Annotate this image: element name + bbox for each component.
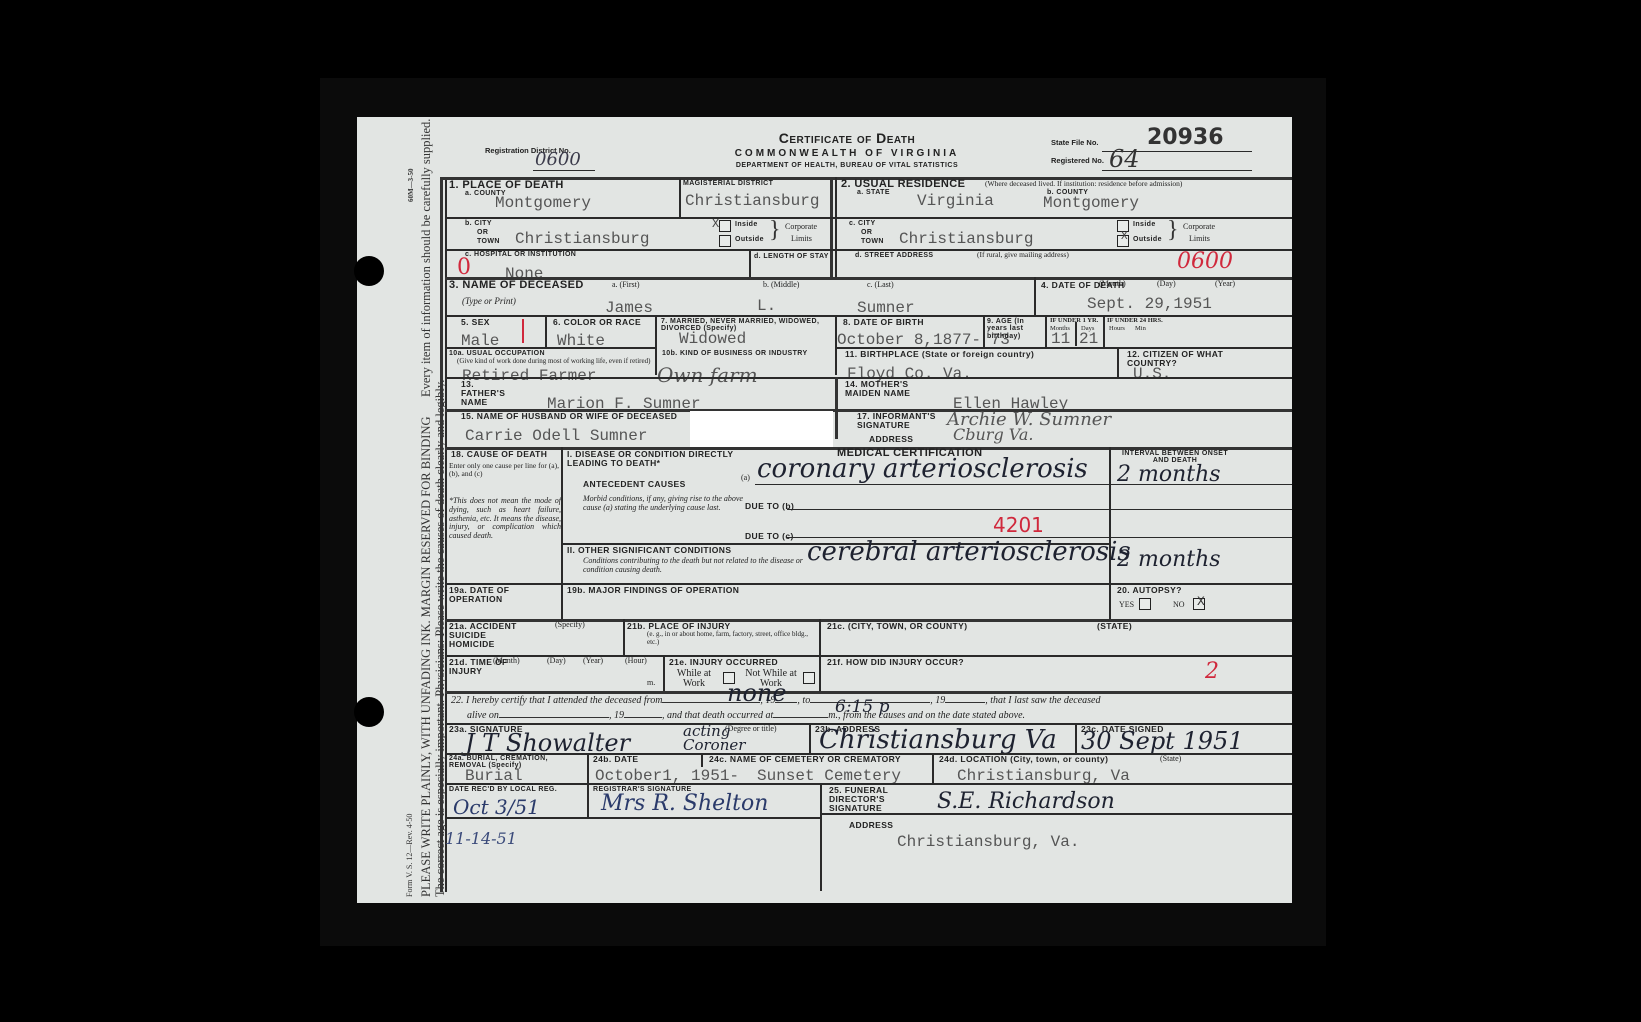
residence-state[interactable]: Virginia [917, 192, 994, 210]
city-label: TOWN [477, 238, 500, 245]
city-label: OR [477, 229, 488, 236]
funeral-director-signature[interactable]: S.E. Richardson [937, 789, 1115, 814]
day-label: (Day) [1157, 280, 1176, 289]
injury-mark: 2 [1205, 659, 1219, 684]
other-conditions-note: Conditions contributing to the death but… [583, 557, 803, 575]
department: Department of Health, Bureau of Vital St… [697, 162, 997, 169]
race-label: 6. COLOR OR RACE [553, 318, 641, 327]
how-injury-label: 21f. HOW DID INJURY OCCUR? [827, 658, 964, 667]
street-note: (If rural, give mailing address) [977, 251, 1069, 259]
rec-date[interactable]: Oct 3/51 [453, 795, 540, 819]
place-of-injury-note: (e. g., in or about home, farm, factory,… [647, 631, 817, 646]
autopsy-yes-checkbox[interactable] [1139, 598, 1151, 610]
autopsy-no-label: NO [1173, 601, 1185, 610]
spouse-label: 15. NAME OF HUSBAND OR WIFE OF DECEASED [461, 412, 677, 421]
res-city-label: OR [861, 229, 872, 236]
occupation-note: (Give kind of work done during most of w… [457, 358, 652, 366]
brace: } [769, 217, 781, 244]
age-label: 9. AGE (In years last birthday) [987, 318, 1045, 340]
cause-a[interactable]: coronary arteriosclerosis [757, 454, 1088, 484]
under-24-label: IF UNDER 24 HRS. [1107, 317, 1163, 324]
m-label: m. [647, 679, 655, 688]
form-id: Form V. S. 12—Rev. 4-50 [405, 814, 414, 897]
registrar-signature[interactable]: Mrs R. Shelton [601, 791, 768, 816]
interval-other[interactable]: 2 months [1117, 547, 1221, 572]
death-certificate: Form V. S. 12—Rev. 4-50 60M—3-50 PLEASE … [357, 117, 1292, 903]
limits-label: Limits [791, 235, 812, 244]
antecedent-label: ANTECEDENT CAUSES [583, 480, 686, 489]
hours-label: Hours [1109, 325, 1125, 332]
street-label: d. STREET ADDRESS [855, 252, 934, 259]
age-days[interactable]: 21 [1079, 330, 1098, 348]
last-label: c. (Last) [867, 281, 894, 290]
middle-name[interactable]: L. [757, 297, 776, 315]
burial-state-label: (State) [1160, 755, 1181, 764]
while-at-work-label: While at Work [669, 669, 719, 689]
attended-from[interactable]: none [727, 679, 787, 707]
year-label: (Year) [1215, 280, 1235, 289]
cause-note: Enter only one cause per line for (a), (… [449, 462, 561, 479]
burial-location-label: 24d. LOCATION (City, town, or county) [939, 755, 1108, 764]
informant-address[interactable]: Cburg Va. [953, 425, 1033, 444]
age-months[interactable]: 11 [1051, 330, 1070, 348]
binding-hole [354, 697, 384, 727]
death-city[interactable]: Christiansburg [515, 230, 649, 248]
burial-date-label: 24b. DATE [593, 755, 638, 764]
length-of-stay-label: d. LENGTH OF STAY [754, 253, 829, 260]
state-file-no: 20936 [1147, 125, 1224, 150]
registration-district-no: 0600 [535, 149, 581, 170]
residence-code-mark: 0600 [1177, 249, 1233, 274]
res-limits-label: Limits [1189, 235, 1210, 244]
death-county[interactable]: Montgomery [495, 194, 591, 212]
certify-text-2: alive on, 19, and that death occurred at… [467, 710, 1025, 721]
rec-date-label: DATE REC'D BY LOCAL REG. [449, 786, 569, 793]
business[interactable]: Own farm [657, 363, 758, 387]
business-label: 10b. KIND OF BUSINESS OR INDUSTRY [662, 350, 832, 357]
injury-hour-label: (Hour) [625, 657, 647, 666]
outside-label: Outside [735, 236, 764, 243]
res-corporate-label: Corporate [1183, 223, 1215, 232]
registered-no: 64 [1109, 145, 1140, 173]
res-inside-label: Inside [1133, 221, 1156, 228]
deceased-name-label: 3. NAME OF DECEASED [449, 280, 584, 292]
cemetery-label: 24c. NAME OF CEMETERY OR CREMATORY [709, 755, 901, 764]
outside-mark: X [1121, 231, 1128, 243]
magisterial-label: MAGISTERIAL DISTRICT [683, 180, 773, 187]
print-run: 60M—3-50 [407, 169, 415, 202]
corporate-label: Corporate [785, 223, 817, 232]
red-tick-mark [522, 319, 524, 343]
binding-hole [354, 256, 384, 286]
first-label: a. (First) [612, 281, 640, 290]
spouse-name[interactable]: Carrie Odell Sumner [465, 427, 647, 445]
date-of-death[interactable]: Sept. 29,1951 [1087, 295, 1212, 313]
not-while-at-work-checkbox[interactable] [803, 672, 815, 684]
cause-of-death-label: 18. CAUSE OF DEATH [451, 450, 547, 459]
op-date-label: 19a. DATE OF OPERATION [449, 586, 559, 604]
morbid-note: Morbid conditions, if any, giving rise t… [583, 495, 743, 513]
accident-label: 21a. ACCIDENT SUICIDE HOMICIDE [449, 622, 519, 649]
birthplace-label: 11. BIRTHPLACE (State or foreign country… [845, 350, 1034, 359]
injury-city-label: 21c. (CITY, TOWN, OR COUNTY) [827, 622, 967, 631]
father-label: 13. FATHER'S NAME [461, 380, 521, 407]
injury-month-label: (Month) [493, 657, 520, 666]
injury-state-label: (STATE) [1097, 622, 1132, 631]
marital-status[interactable]: Widowed [679, 330, 746, 348]
specify-label: (Specify) [555, 621, 585, 630]
other-conditions-label: II. OTHER SIGNIFICANT CONDITIONS [567, 546, 731, 555]
outside-checkbox[interactable] [719, 235, 731, 247]
residence-city[interactable]: Christiansburg [899, 230, 1033, 248]
month-label: (Month) [1099, 280, 1126, 289]
registered-label: Registered No. [1051, 157, 1104, 165]
res-city-label: c. CITY [849, 220, 876, 227]
type-note: (Type or Print) [462, 297, 516, 307]
inside-checkbox[interactable] [719, 220, 731, 232]
state-label: a. STATE [857, 189, 890, 196]
res-city-label: TOWN [861, 238, 884, 245]
margin-instruction: PLEASE WRITE PLAINLY, WITH UNFADING INK.… [419, 417, 434, 898]
residence-county[interactable]: Montgomery [1043, 194, 1139, 212]
cause-code: 4201 [993, 513, 1044, 537]
death-time[interactable]: 6:15 p [835, 697, 889, 717]
min-label: Min [1135, 325, 1146, 332]
redaction-box [690, 411, 833, 447]
citizen[interactable]: U.S. [1133, 365, 1171, 383]
autopsy-label: 20. AUTOPSY? [1117, 586, 1182, 595]
autopsy-no-mark: X [1197, 594, 1205, 609]
injury-day-label: (Day) [547, 657, 566, 666]
autopsy-yes-label: YES [1119, 601, 1134, 610]
cause-footnote: *This does not mean the mode of dying, s… [449, 497, 561, 541]
res-outside-label: Outside [1133, 236, 1162, 243]
director-address[interactable]: Christiansburg, Va. [897, 833, 1079, 851]
disease-label: I. DISEASE OR CONDITION DIRECTLY LEADING… [567, 450, 757, 468]
injury-occurred-label: 21e. INJURY OCCURRED [669, 658, 778, 667]
op-findings-label: 19b. MAJOR FINDINGS OF OPERATION [567, 586, 739, 595]
date-signed[interactable]: 30 Sept 1951 [1081, 727, 1244, 755]
brace: } [1167, 217, 1179, 244]
city-label: b. CITY [465, 220, 492, 227]
informant-label: 17. INFORMANT'S SIGNATURE [857, 412, 937, 430]
informant-address-label: ADDRESS [869, 435, 913, 444]
residence-note: (Where deceased lived. If institution: r… [985, 180, 1182, 188]
a-label: (a) [741, 474, 750, 483]
certificate-title: Certificate of Death [697, 130, 997, 146]
physician-address[interactable]: Christiansburg Va [819, 725, 1057, 755]
certificate-subtitle: Commonwealth of Virginia [697, 148, 997, 159]
margin-instruction: Every item of information should be care… [419, 119, 434, 397]
middle-label: b. (Middle) [763, 281, 799, 290]
inside-label: Inside [735, 221, 758, 228]
physician-degree[interactable]: acting Coroner [683, 725, 751, 752]
state-file-label: State File No. [1051, 139, 1099, 147]
other-conditions[interactable]: cerebral arteriosclerosis [807, 537, 1131, 567]
filed-date: 11-14-51 [445, 829, 517, 848]
dob-label: 8. DATE OF BIRTH [843, 318, 924, 327]
hospital-label: c. HOSPITAL OR INSTITUTION [465, 251, 576, 258]
sex-label: 5. SEX [461, 318, 490, 327]
director-address-label: ADDRESS [849, 821, 893, 830]
mother-label: 14. MOTHER'S MAIDEN NAME [845, 380, 935, 398]
injury-year-label: (Year) [583, 657, 603, 666]
funeral-director-label: 25. FUNERAL DIRECTOR'S SIGNATURE [829, 786, 929, 813]
magisterial-district[interactable]: Christiansburg [685, 192, 819, 210]
